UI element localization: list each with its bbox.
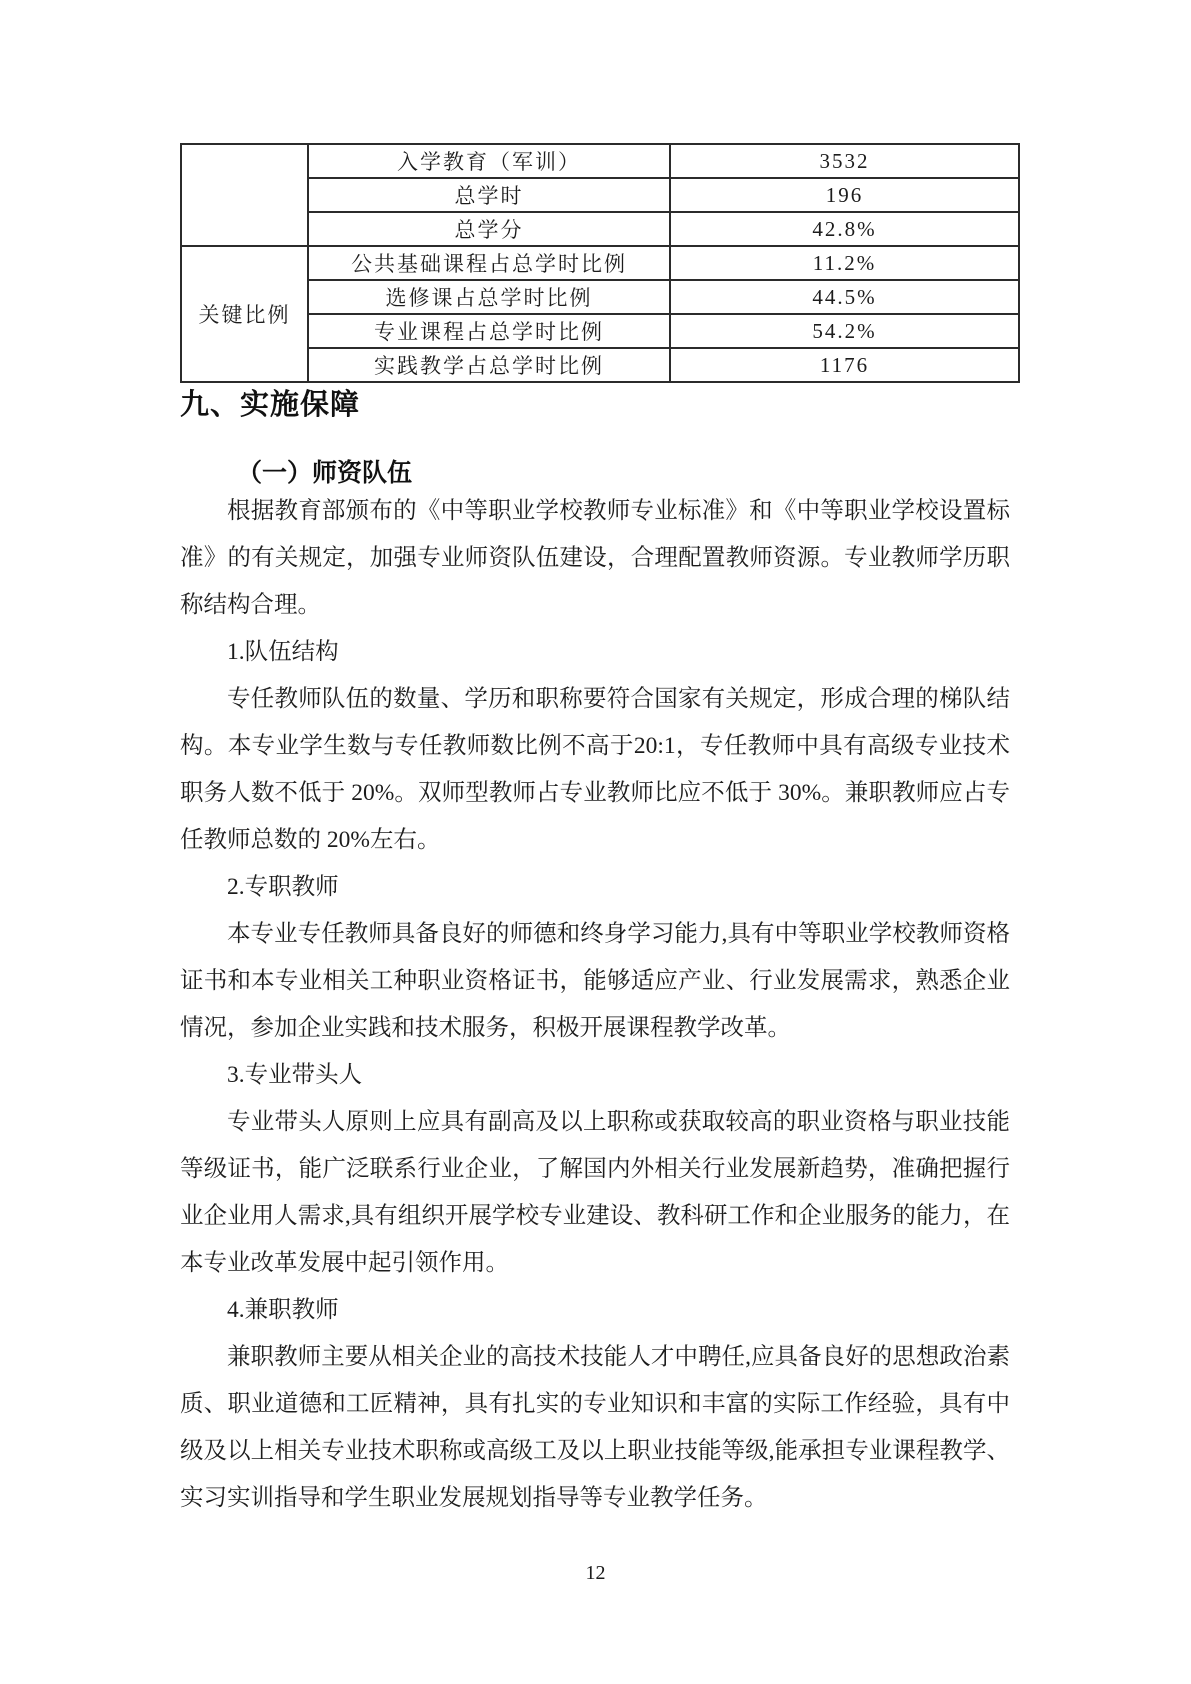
table-label-cell: 入学教育（军训） bbox=[308, 144, 670, 178]
table-label-cell: 总学分 bbox=[308, 212, 670, 246]
table-value-cell: 44.5% bbox=[670, 280, 1019, 314]
table-label-cell: 选修课占总学时比例 bbox=[308, 280, 670, 314]
table-group-header-cell: 关键比例 bbox=[181, 246, 308, 382]
numbered-item-heading: 2.专职教师 bbox=[180, 864, 1010, 911]
section-heading: 九、实施保障 bbox=[180, 389, 360, 421]
paragraph: 根据教育部颁布的《中等职业学校教师专业标准》和《中等职业学校设置标准》的有关规定… bbox=[180, 488, 1010, 629]
table-row: 入学教育（军训）3532 bbox=[181, 144, 1019, 178]
paragraph: 兼职教师主要从相关企业的高技术技能人才中聘任,应具备良好的思想政治素质、职业道德… bbox=[180, 1334, 1010, 1522]
subsection-heading: （一）师资队伍 bbox=[237, 459, 412, 487]
numbered-item-heading: 1.队伍结构 bbox=[180, 629, 1010, 676]
key-ratio-table: 入学教育（军训）3532总学时196总学分42.8%关键比例公共基础课程占总学时… bbox=[180, 143, 1020, 383]
document-page: 入学教育（军训）3532总学时196总学分42.8%关键比例公共基础课程占总学时… bbox=[0, 0, 1191, 1684]
table-value-cell: 11.2% bbox=[670, 246, 1019, 280]
body-text: 根据教育部颁布的《中等职业学校教师专业标准》和《中等职业学校设置标准》的有关规定… bbox=[180, 488, 1010, 1522]
table-label-cell: 实践教学占总学时比例 bbox=[308, 348, 670, 382]
table-label-cell: 公共基础课程占总学时比例 bbox=[308, 246, 670, 280]
table-value-cell: 196 bbox=[670, 178, 1019, 212]
page-number: 12 bbox=[0, 1562, 1191, 1585]
table-value-cell: 1176 bbox=[670, 348, 1019, 382]
numbered-item-heading: 4.兼职教师 bbox=[180, 1287, 1010, 1334]
key-ratio-table-body: 入学教育（军训）3532总学时196总学分42.8%关键比例公共基础课程占总学时… bbox=[181, 144, 1019, 382]
table-label-cell: 专业课程占总学时比例 bbox=[308, 314, 670, 348]
paragraph: 专任教师队伍的数量、学历和职称要符合国家有关规定，形成合理的梯队结构。本专业学生… bbox=[180, 676, 1010, 864]
table-row: 关键比例公共基础课程占总学时比例11.2% bbox=[181, 246, 1019, 280]
paragraph: 本专业专任教师具备良好的师德和终身学习能力,具有中等职业学校教师资格证书和本专业… bbox=[180, 911, 1010, 1052]
table-value-cell: 3532 bbox=[670, 144, 1019, 178]
table-value-cell: 42.8% bbox=[670, 212, 1019, 246]
table-value-cell: 54.2% bbox=[670, 314, 1019, 348]
table-group-header-cell bbox=[181, 144, 308, 246]
table-label-cell: 总学时 bbox=[308, 178, 670, 212]
paragraph: 专业带头人原则上应具有副高及以上职称或获取较高的职业资格与职业技能等级证书，能广… bbox=[180, 1099, 1010, 1287]
numbered-item-heading: 3.专业带头人 bbox=[180, 1052, 1010, 1099]
